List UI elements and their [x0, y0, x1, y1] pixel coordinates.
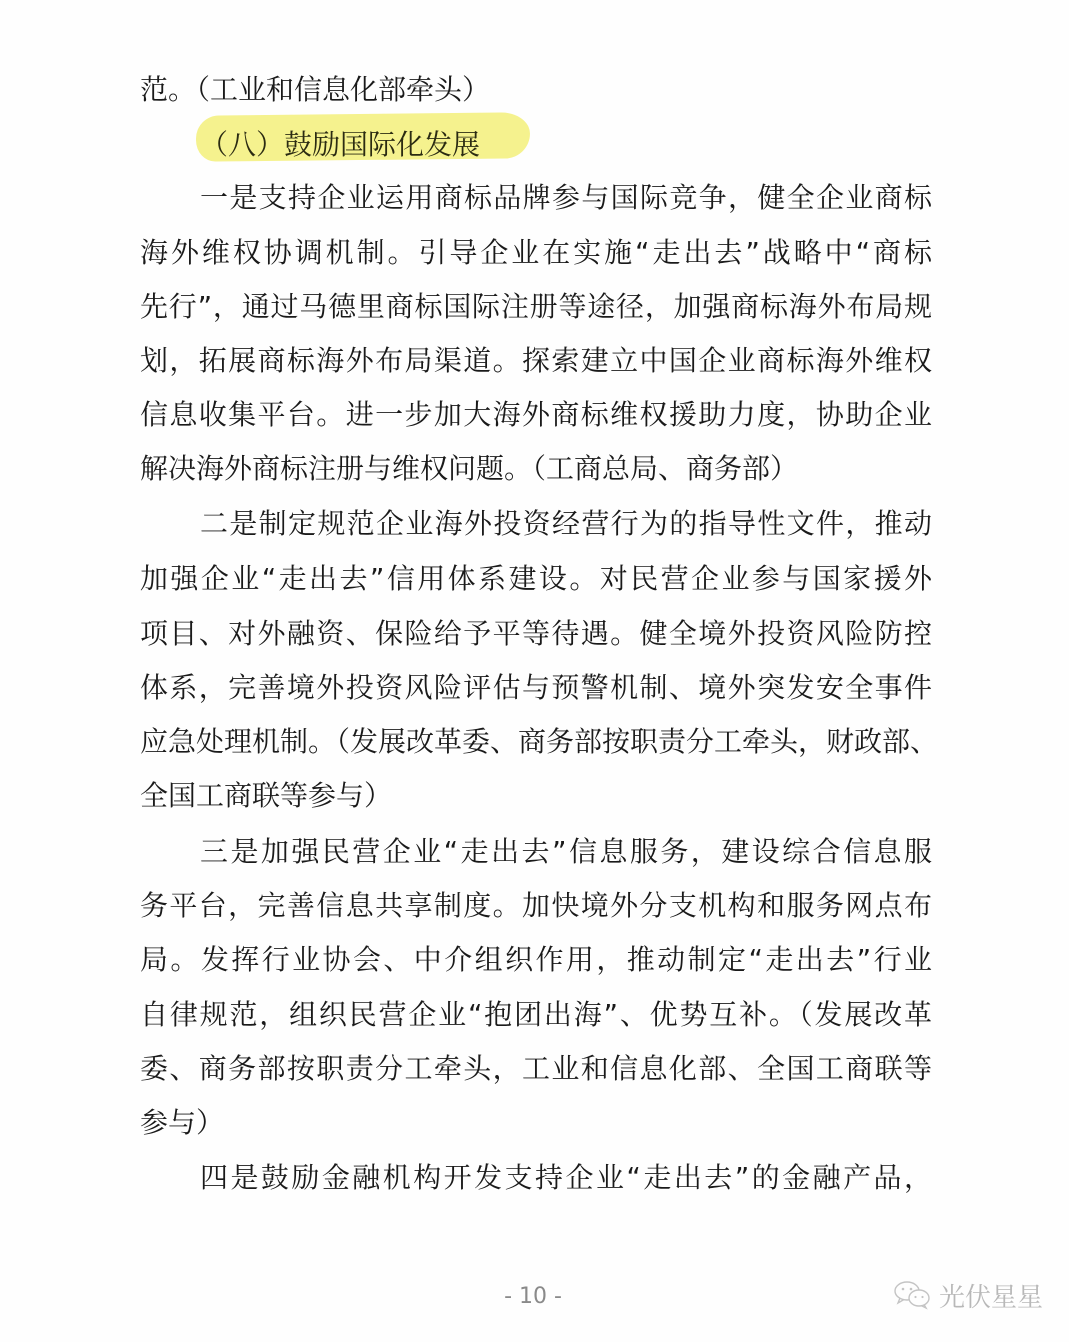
wechat-icon [893, 1280, 933, 1310]
paragraph-line: 四是鼓励金融机构开发支持企业“走出去”的金融产品， [200, 1158, 932, 1198]
paragraph-line: 二是制定规范企业海外投资经营行为的指导性文件，推动 [200, 504, 932, 544]
paragraph-line: 参与） [140, 1103, 932, 1143]
section-heading: （八）鼓励国际化发展 [200, 125, 480, 165]
paragraph-line: 委、商务部按职责分工牵头，工业和信息化部、全国工商联等 [140, 1049, 932, 1089]
paragraph-line: 应急处理机制。（发展改革委、商务部按职责分工牵头，财政部、 [140, 722, 932, 762]
paragraph-line: 体系，完善境外投资风险评估与预警机制、境外突发安全事件 [140, 668, 932, 708]
page-number: - 10 - [500, 1282, 566, 1312]
paragraph-line: 先行”，通过马德里商标国际注册等途径，加强商标海外布局规 [140, 287, 932, 327]
watermark-text: 光伏星星 [939, 1277, 1043, 1314]
paragraph-line: 信息收集平台。进一步加大海外商标维权援助力度，协助企业 [140, 395, 932, 435]
paragraph-line: 三是加强民营企业“走出去”信息服务，建设综合信息服 [200, 832, 932, 872]
continuation-line: 范。（工业和信息化部牵头） [140, 70, 932, 110]
paragraph-line: 加强企业“走出去”信用体系建设。对民营企业参与国家援外 [140, 559, 932, 599]
paragraph-line: 务平台，完善信息共享制度。加快境外分支机构和服务网点布 [140, 886, 932, 926]
paragraph-line: 项目、对外融资、保险给予平等待遇。健全境外投资风险防控 [140, 614, 932, 654]
document-page: 范。（工业和信息化部牵头） （八）鼓励国际化发展 一是支持企业运用商标品牌参与国… [0, 0, 1069, 1342]
paragraph-line: 局。发挥行业协会、中介组织作用，推动制定“走出去”行业 [140, 940, 932, 980]
paragraph-line: 自律规范，组织民营企业“抱团出海”、优势互补。（发展改革 [140, 995, 932, 1035]
paragraph-line: 海外维权协调机制。引导企业在实施“走出去”战略中“商标 [140, 233, 932, 273]
watermark: 光伏星星 [893, 1278, 1043, 1312]
paragraph-line: 一是支持企业运用商标品牌参与国际竞争，健全企业商标 [200, 178, 932, 218]
paragraph-line: 解决海外商标注册与维权问题。（工商总局、商务部） [140, 449, 932, 489]
paragraph-line: 全国工商联等参与） [140, 776, 932, 816]
paragraph-line: 划，拓展商标海外布局渠道。探索建立中国企业商标海外维权 [140, 341, 932, 381]
